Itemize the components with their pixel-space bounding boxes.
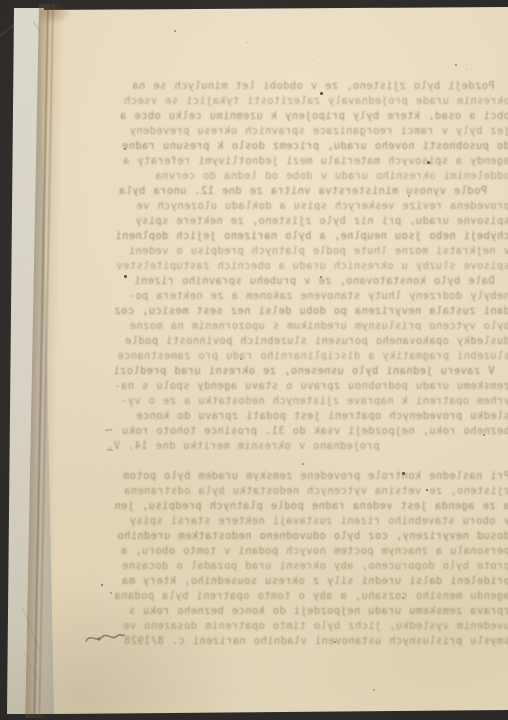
showthrough-line: smyslu prislusnych ustanoveni vladniho n… — [108, 634, 508, 649]
showthrough-line: projednano v okresnim meritku dne 14. V. — [108, 439, 508, 454]
showthrough-line: dosud nevyrizeny, coz bylo oduvodneno ne… — [108, 529, 508, 544]
dust-speck — [174, 30, 176, 32]
showthrough-line: agendu mensiho rozsahu, a aby o tomto op… — [108, 589, 508, 604]
showthrough-line: bezneho roku, nejpozdeji vsak do 31. pro… — [108, 424, 508, 439]
showthrough-line: okresnim urade projednavaly zalezitosti … — [108, 94, 508, 109]
showthrough-line: zemskemu uradu podrobnou zpravu o stavu … — [108, 379, 508, 394]
dust-speck — [426, 489, 428, 491]
dust-speck — [320, 276, 322, 278]
showthrough-line: Dale bylo konstatovano, ze v prubehu spr… — [108, 274, 508, 289]
showthrough-line: zprava zemskemu uradu nejpozdeji do konc… — [108, 604, 508, 619]
dust-speck — [402, 597, 404, 599]
dust-speck — [427, 161, 430, 164]
showthrough-text-block: Pozdeji bylo zjisteno, ze v obdobi let m… — [108, 79, 508, 651]
showthrough-line: personalu a znacnym poctem novych podani… — [108, 544, 508, 559]
showthrough-line: Pri nasledne kontrole provedene zemskym … — [108, 469, 508, 484]
dust-speck — [334, 641, 336, 643]
showthrough-line: oddelenimi okresniho uradu v dobe od led… — [108, 169, 508, 184]
showthrough-line: sledku provedenych opatreni jest podati … — [108, 409, 508, 424]
showthrough-line: prideleni dalsi uredni sily z okresu sou… — [108, 574, 508, 589]
showthrough-line: proto bylo doporuceno, aby okresni urad … — [108, 559, 508, 574]
dust-speck — [455, 64, 457, 66]
showthrough-line: v nejkratsi mozne lhute podle platnych p… — [108, 244, 508, 259]
showthrough-line: sluzebni pragmatiky a disciplinarniho ra… — [108, 349, 508, 364]
showthrough-line: bylo vytceno prislusnym urednikum s upoz… — [108, 319, 508, 334]
ink-smudge — [84, 629, 126, 647]
dust-speck — [240, 358, 242, 360]
dust-speck — [124, 148, 126, 150]
showthrough-line: nebyly dodrzeny lhuty stanovene zakonem … — [108, 289, 508, 304]
showthrough-line: do pusobnosti noveho uradu, pricemz dosl… — [108, 139, 508, 154]
showthrough-line: chybeji nebo jsou neuplne, a bylo narize… — [108, 229, 508, 244]
showthrough-line: dani zustala nevyrizena po dobu delsi ne… — [108, 304, 508, 319]
scanned-document-view: Pozdeji bylo zjisteno, ze v obdobi let m… — [0, 0, 508, 720]
showthrough-line: a ze agenda jest vedena radne podle plat… — [108, 499, 508, 514]
showthrough-line: dusledky opakovaneho poruseni sluzebnich… — [108, 334, 508, 349]
dust-speck — [110, 592, 112, 594]
dust-speck — [373, 689, 375, 691]
showthrough-line: V zaveru jednani bylo usneseno, ze okres… — [108, 364, 508, 379]
showthrough-line: provedena revize veskerych spisu a dokla… — [108, 199, 508, 214]
showthrough-line: obci a osad, ktere byly pripojeny k uzem… — [108, 109, 508, 124]
showthrough-line: agendy a spisovych materialu mezi jednot… — [108, 154, 508, 169]
dust-speck — [402, 472, 405, 475]
showthrough-line: 1935. — [108, 454, 508, 469]
showthrough-line: spisovne uradu, pri niz bylo zjisteno, z… — [108, 214, 508, 229]
showthrough-line: v oboru stavebniho rizeni zustavaji nekt… — [108, 514, 508, 529]
dust-speck — [124, 275, 127, 278]
showthrough-line: zjisteno, ze vetsina vytcenych nedostatk… — [108, 484, 508, 499]
dust-speck — [408, 195, 410, 197]
showthrough-line: Podle vynosu ministerstva vnitra ze dne … — [108, 184, 508, 199]
showthrough-line: spisove sluzby u okresnich uradu a obecn… — [108, 259, 508, 274]
dust-speck — [302, 463, 304, 465]
showthrough-line: vrhem opatreni k naprave zjistenych nedo… — [108, 394, 508, 409]
showthrough-line: uvedenim vysledku, jichz bylo timto opat… — [108, 619, 508, 634]
showthrough-line: jez byly v ramci reorganizace spravnich … — [108, 124, 508, 139]
showthrough-line: Pozdeji bylo zjisteno, ze v obdobi let m… — [108, 79, 508, 94]
dust-speck — [320, 92, 323, 95]
dust-speck — [483, 434, 485, 436]
